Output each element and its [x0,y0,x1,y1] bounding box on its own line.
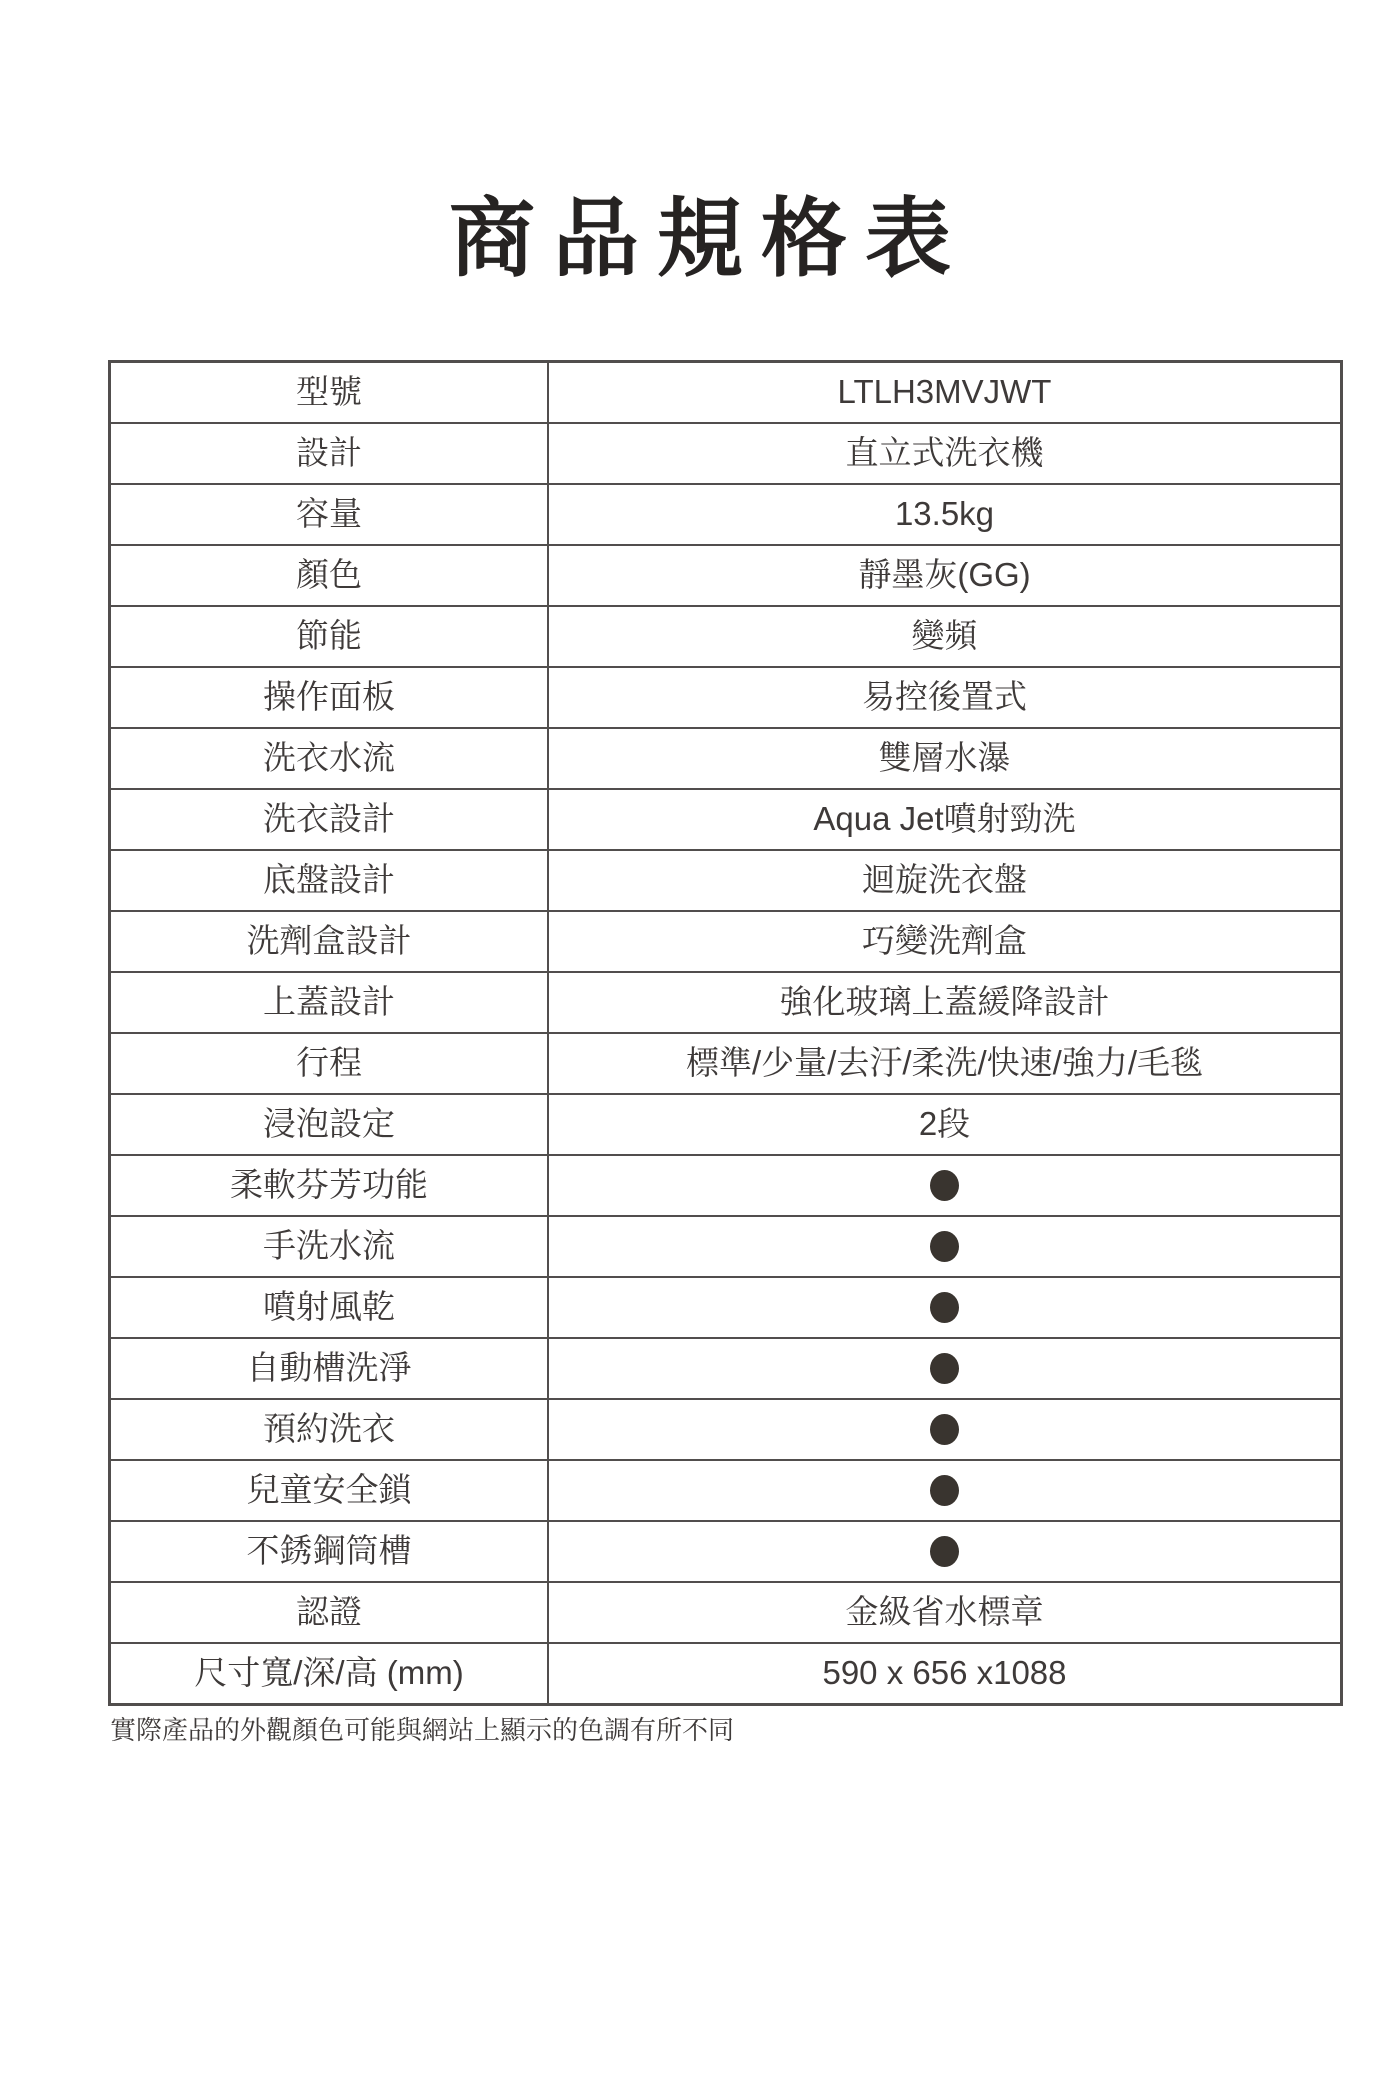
spec-label: 尺寸寬/深/高 (mm) [110,1643,549,1705]
spec-row: 柔軟芬芳功能 [110,1155,1342,1216]
spec-row: 設計 直立式洗衣機 [110,423,1342,484]
spec-row: 顏色 靜墨灰(GG) [110,545,1342,606]
spec-row: 認證 金級省水標章 [110,1582,1342,1643]
spec-row: 洗劑盒設計 巧變洗劑盒 [110,911,1342,972]
feature-dot-icon [930,1414,959,1445]
spec-row: 操作面板 易控後置式 [110,667,1342,728]
spec-row: 節能 變頻 [110,606,1342,667]
spec-value [548,1216,1342,1277]
feature-dot-icon [930,1292,959,1323]
spec-value: 2段 [548,1094,1342,1155]
spec-label: 預約洗衣 [110,1399,549,1460]
spec-label: 洗衣水流 [110,728,549,789]
spec-label: 行程 [110,1033,549,1094]
spec-row: 浸泡設定 2段 [110,1094,1342,1155]
spec-label: 容量 [110,484,549,545]
spec-value: 迴旋洗衣盤 [548,850,1342,911]
spec-label: 操作面板 [110,667,549,728]
spec-row: 預約洗衣 [110,1399,1342,1460]
spec-table-body: 型號 LTLH3MVJWT 設計 直立式洗衣機 容量 13.5kg 顏色 靜墨灰… [110,362,1342,1705]
spec-value: 590 x 656 x1088 [548,1643,1342,1705]
spec-value [548,1460,1342,1521]
spec-value: 標準/少量/去汙/柔洗/快速/強力/毛毯 [548,1033,1342,1094]
spec-value [548,1155,1342,1216]
spec-row: 自動槽洗淨 [110,1338,1342,1399]
feature-dot-icon [930,1170,959,1201]
spec-label: 洗劑盒設計 [110,911,549,972]
feature-dot-icon [930,1536,959,1567]
spec-value: 強化玻璃上蓋緩降設計 [548,972,1342,1033]
spec-value: 易控後置式 [548,667,1342,728]
spec-label: 自動槽洗淨 [110,1338,549,1399]
spec-label: 噴射風乾 [110,1277,549,1338]
spec-value [548,1277,1342,1338]
spec-table: 型號 LTLH3MVJWT 設計 直立式洗衣機 容量 13.5kg 顏色 靜墨灰… [108,360,1343,1706]
spec-row: 洗衣設計 Aqua Jet噴射勁洗 [110,789,1342,850]
spec-row: 尺寸寬/深/高 (mm) 590 x 656 x1088 [110,1643,1342,1705]
spec-row: 行程 標準/少量/去汙/柔洗/快速/強力/毛毯 [110,1033,1342,1094]
spec-label: 柔軟芬芳功能 [110,1155,549,1216]
page-title: 商品規格表 [0,192,1400,287]
spec-label: 兒童安全鎖 [110,1460,549,1521]
feature-dot-icon [930,1231,959,1262]
spec-label: 洗衣設計 [110,789,549,850]
spec-value [548,1338,1342,1399]
spec-label: 顏色 [110,545,549,606]
feature-dot-icon [930,1353,959,1384]
spec-value: 直立式洗衣機 [548,423,1342,484]
spec-label: 節能 [110,606,549,667]
spec-value: LTLH3MVJWT [548,362,1342,424]
spec-row: 兒童安全鎖 [110,1460,1342,1521]
spec-label: 底盤設計 [110,850,549,911]
spec-value: Aqua Jet噴射勁洗 [548,789,1342,850]
spec-label: 設計 [110,423,549,484]
spec-value [548,1521,1342,1582]
footnote: 實際產品的外觀顏色可能與網站上顯示的色調有所不同 [110,1714,734,1748]
spec-value: 金級省水標章 [548,1582,1342,1643]
spec-value: 巧變洗劑盒 [548,911,1342,972]
spec-label: 認證 [110,1582,549,1643]
spec-label: 浸泡設定 [110,1094,549,1155]
spec-row: 不銹鋼筒槽 [110,1521,1342,1582]
spec-row: 洗衣水流 雙層水瀑 [110,728,1342,789]
spec-row: 型號 LTLH3MVJWT [110,362,1342,424]
spec-value: 13.5kg [548,484,1342,545]
spec-label: 型號 [110,362,549,424]
spec-row: 手洗水流 [110,1216,1342,1277]
spec-label: 手洗水流 [110,1216,549,1277]
spec-value: 雙層水瀑 [548,728,1342,789]
spec-row: 噴射風乾 [110,1277,1342,1338]
spec-value: 靜墨灰(GG) [548,545,1342,606]
spec-value: 變頻 [548,606,1342,667]
spec-row: 容量 13.5kg [110,484,1342,545]
spec-label: 不銹鋼筒槽 [110,1521,549,1582]
spec-label: 上蓋設計 [110,972,549,1033]
spec-value [548,1399,1342,1460]
spec-row: 上蓋設計 強化玻璃上蓋緩降設計 [110,972,1342,1033]
spec-row: 底盤設計 迴旋洗衣盤 [110,850,1342,911]
feature-dot-icon [930,1475,959,1506]
spec-sheet-page: 商品規格表 型號 LTLH3MVJWT 設計 直立式洗衣機 容量 13.5kg … [0,0,1400,2100]
